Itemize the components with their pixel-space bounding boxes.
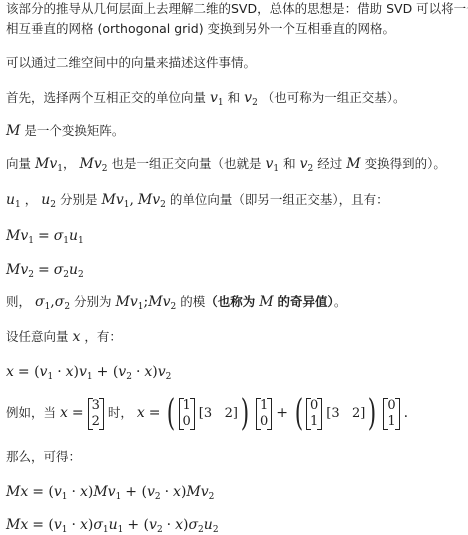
text: ,: [129, 192, 133, 208]
paragraph-unit-vectors: u1 ， u2 分别是 Mv1, Mv2 的单位向量（即另一组正交基），且有：: [6, 192, 389, 213]
equation-Mx-1: Mx = (v1 · x)Mv1 + (v2 · x)Mv2: [6, 484, 214, 505]
math-Mv1: Mv1: [35, 156, 63, 172]
text: ，: [63, 156, 76, 171]
equation-Mv1: Mv1 = σ1u1: [6, 228, 84, 249]
text: 分别是: [60, 192, 98, 207]
paragraph-vectors: 可以通过二维空间中的向量来描述这件事情。: [6, 55, 256, 71]
paragraph-example: 例如，当 x = 32 时， x = (10 [3 2]) 10 + (01 […: [6, 394, 408, 433]
text: 经过: [317, 156, 342, 171]
paragraph-intro-line1: 该部分的推导从几何层面上去理解二维的SVD，总体的思想是：借助 SVD 可以将一…: [6, 1, 468, 17]
basis-vector-1: 10: [179, 398, 195, 430]
paragraph-orthonormal-basis: 首先，选择两个互相正交的单位向量 v1 和 v2 （也可称为一组正交基）。: [6, 90, 406, 111]
paragraph-intro-line2: 相互垂直的网格 (orthogonal grid) 变换到另外一个互相垂直的网格…: [6, 21, 395, 37]
row-vector: [3 2]: [326, 406, 365, 421]
text: ，有：: [84, 329, 122, 344]
text: 首先，选择两个互相正交的单位向量: [6, 90, 206, 105]
math-u2: u2: [41, 192, 56, 208]
math-Mv-pair: Mv1;Mv2: [116, 294, 177, 310]
text: 设任意向量: [6, 329, 69, 344]
text: 例如，当: [6, 405, 56, 420]
text: 和: [283, 156, 296, 171]
bold-text: 的奇异值）: [278, 294, 334, 309]
paragraph-Mv-orthogonal: 向量 Mv1， Mv2 也是一组正交向量（也就是 v1 和 v2 经过 M 变换…: [6, 156, 446, 177]
math-M: M: [6, 123, 20, 139]
text: 变换得到的）。: [365, 156, 446, 171]
math-v1: v1: [210, 90, 224, 106]
text: 是一个变换矩阵。: [24, 123, 124, 138]
text: 的模: [180, 294, 205, 309]
basis-vector-2: 01: [383, 398, 399, 430]
text: 。: [334, 294, 347, 309]
text: ，: [25, 192, 38, 207]
math-u1: u1: [6, 192, 21, 208]
text: 则，: [6, 294, 31, 309]
text: （也可称为一组正交基）。: [262, 90, 406, 105]
equation-Mv2: Mv2 = σ2u2: [6, 262, 84, 283]
basis-vector-1: 10: [256, 398, 272, 430]
column-vector-x: 32: [88, 398, 104, 430]
paragraph-singular-values: 则， σ1,σ2 分别为 Mv1;Mv2 的模（也称为 M 的奇异值）。: [6, 294, 346, 315]
math-v2: v2: [300, 156, 314, 172]
equation-Mx-2: Mx = (v1 · x)σ1u1 + (v2 · x)σ2u2: [6, 517, 219, 535]
bold-text: （也称为: [205, 294, 255, 309]
text: 分别为: [74, 294, 112, 309]
equation-x-decomposition: x = (v1 · x)v1 + (v2 · x)v2: [6, 364, 171, 385]
math-Mv1: Mv1: [102, 192, 130, 208]
math-v1: v1: [265, 156, 279, 172]
math-M: M: [346, 156, 360, 172]
math-sigmas: σ1,σ2: [35, 294, 70, 310]
basis-vector-2: 01: [306, 398, 322, 430]
text: 和: [228, 90, 241, 105]
math-M: M: [259, 294, 273, 310]
text: 也是一组正交向量（也就是: [111, 156, 261, 171]
paragraph-transform-matrix: M 是一个变换矩阵。: [6, 123, 124, 139]
math-x: x: [73, 329, 81, 345]
text: 的单位向量（即另一组正交基），且有：: [170, 192, 389, 207]
paragraph-therefore: 那么，可得：: [6, 449, 81, 465]
text: 时，: [108, 405, 133, 420]
math-v2: v2: [244, 90, 258, 106]
text: 向量: [6, 156, 31, 171]
math-Mv2: Mv2: [138, 192, 166, 208]
paragraph-arbitrary-vector: 设任意向量 x ，有：: [6, 329, 122, 345]
row-vector: [3 2]: [199, 406, 238, 421]
math-Mv2: Mv2: [79, 156, 107, 172]
